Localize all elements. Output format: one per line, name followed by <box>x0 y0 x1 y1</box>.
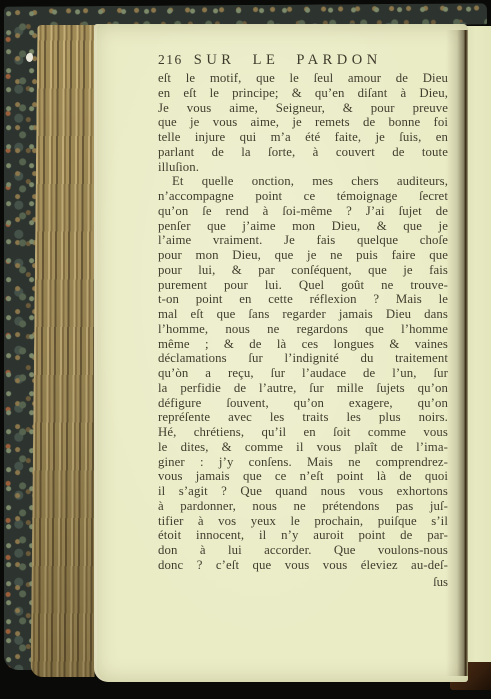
text-line: en eſt le principe; & qu’en diſant à Die… <box>158 86 448 101</box>
text-line: giner : j’y conſens. Mais ne comprendrez… <box>158 455 448 470</box>
book-page: 216 SUR LE PARDON eſt le motif, que le ſ… <box>94 24 468 682</box>
text-line: étoit innocent, il n’y auroit point de p… <box>158 528 448 543</box>
text-line: le dites, & comme il vous plaît de l’ima… <box>158 440 448 455</box>
text-line: l’homme, nous ne regardons que l’homme <box>158 322 448 337</box>
text-line: il s’agit ? Que quand nous vous exhorton… <box>158 484 448 499</box>
running-title: SUR LE PARDON <box>194 52 382 69</box>
text-line: tifier à vos yeux le prochain, puiſque s… <box>158 514 448 529</box>
text-line: eſt le motif, que le ſeul amour de Dieu <box>158 71 448 86</box>
text-line: la perfidie de l’autre, ſur mille ſujets… <box>158 381 448 396</box>
text-line: Hé, chrétiens, qu’il en ſoit comme vous <box>158 425 448 440</box>
text-line: à pardonner, nous ne prétendons pas juſ- <box>158 499 448 514</box>
text-line: l’aime vraiment. Je fais quelque choſe <box>158 233 448 248</box>
text-line: défigure ſouvent, qu’on exagere, qu’on <box>158 396 448 411</box>
text-line: même ; & de là ces longues & vaines <box>158 337 448 352</box>
text-line: penſer que j’aime mon Dieu, & que je <box>158 219 448 234</box>
text-line: vous jamais que ce n’eſt point là de quo… <box>158 469 448 484</box>
text-line: que je vous aime, je remets de bonne foi <box>158 115 448 130</box>
text-line: qu’on ſe rend à ſoi-même ? J’ai ſujet de <box>158 204 448 219</box>
text-line: parlant de la ſorte, à couvert de toute <box>158 145 448 160</box>
text-line: don à lui accorder. Que voulons-nous <box>158 543 448 558</box>
text-line: pour lui, & par conſéquent, que je fais <box>158 263 448 278</box>
page-number: 216 <box>158 52 183 68</box>
facing-page-sliver <box>466 26 491 662</box>
paper-speck <box>26 53 33 62</box>
catchword: ſus <box>158 575 450 590</box>
text-line: t-on point en cette réflexion ? Mais le <box>158 292 448 307</box>
page-edge-stack <box>31 25 102 677</box>
running-header: 216 SUR LE PARDON <box>158 52 450 69</box>
text-line: qu’òn a reçu, ſur l’audace de l’un, ſur <box>158 366 448 381</box>
text-line: déclamations ſur l’indignité du traiteme… <box>158 351 448 366</box>
text-line: telle injure qui m’a été faite, je ſuis,… <box>158 130 448 145</box>
text-line: repréſente avec les traits les plus noir… <box>158 410 448 425</box>
text-line: n’accompagne point ce témoignage ſecret <box>158 189 448 204</box>
text-line: Je vous aime, Seigneur, & pour preuve <box>158 101 448 116</box>
text-line: Et quelle onction, mes chers auditeurs, <box>158 174 448 189</box>
text-line: donc ? c’eſt que vous vous éleviez au-de… <box>158 558 448 573</box>
text-line: purement pour lui. Quel goût ne trouve- <box>158 278 448 293</box>
text-line: pour mon Dieu, que je ne puis faire que <box>158 248 448 263</box>
text-line: illuſion. <box>158 160 448 175</box>
text-block: eſt le motif, que le ſeul amour de Dieue… <box>158 71 448 573</box>
text-line: mal eſt que ſans regarder jamais Dieu da… <box>158 307 448 322</box>
book-photo: 216 SUR LE PARDON eſt le motif, que le ſ… <box>0 0 491 699</box>
